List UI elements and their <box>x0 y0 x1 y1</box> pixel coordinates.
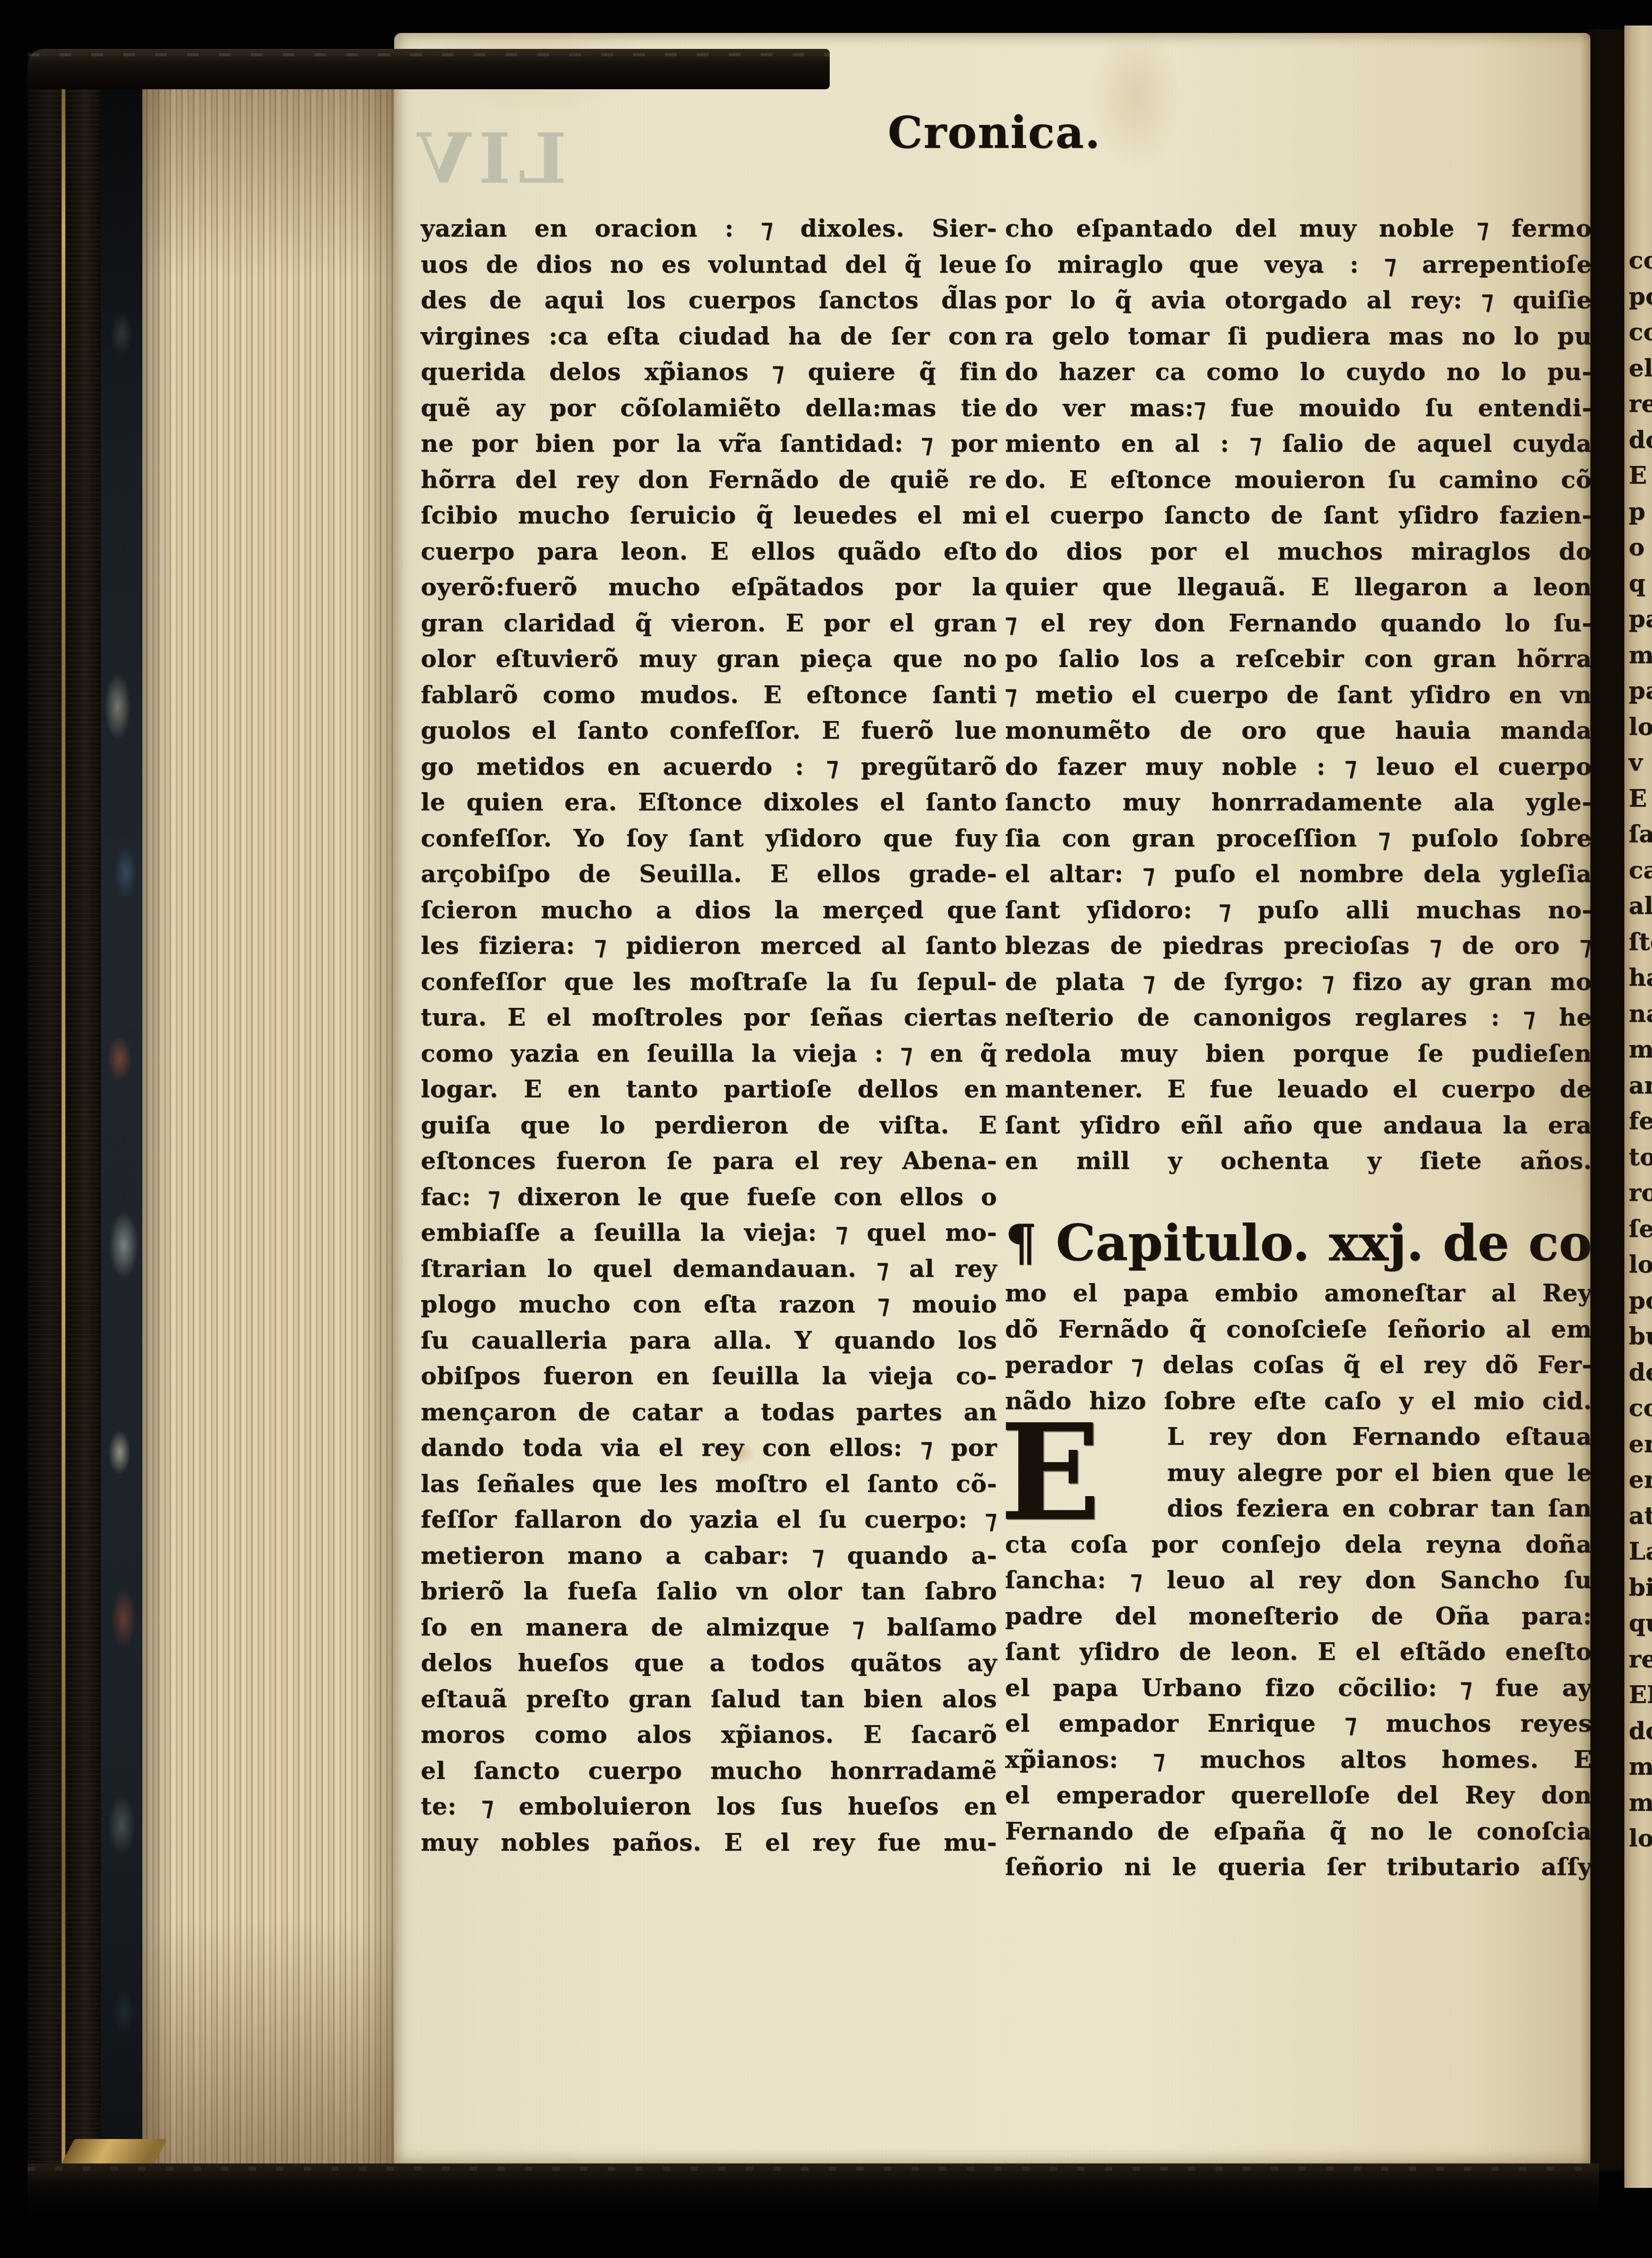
text-line: fe <box>1629 1103 1652 1139</box>
next-page-text-fragments: copocoelredoEpoqpampalovEſacaalſtehanama… <box>1629 242 1652 1856</box>
text-line: co <box>1629 1390 1652 1426</box>
text-line: ſcieron mucho a dios la merçed que <box>421 892 997 928</box>
text-line: ſo miraglo que veya : ⁊ arrepentioſe <box>1005 247 1592 283</box>
text-line: mi <box>1629 1785 1652 1821</box>
text-line: co <box>1629 242 1652 278</box>
text-line: delos hueſos que a todos quãtos ay <box>421 1645 997 1681</box>
text-line: do dios por el muchos miraglos do <box>1005 533 1592 570</box>
text-line: ha <box>1629 960 1652 996</box>
showthrough-mark: LIV <box>410 118 567 199</box>
text-line: dando toda via el rey con ellos: ⁊ por <box>421 1430 997 1466</box>
text-line: plogo mucho con eſta razon ⁊ mouio <box>421 1286 997 1322</box>
text-line: ⁊ el rey don Fernando quando lo ſu- <box>1005 605 1592 641</box>
text-line: cho eſpantado del muy noble ⁊ fermo <box>1005 210 1592 247</box>
text-line: ne por bien por la vr̃a ſantidad: ⁊ por <box>421 426 997 462</box>
text-line: re <box>1629 386 1652 422</box>
text-line: ſeñorio ni le queria ſer tributario aſſy <box>1005 1849 1592 1885</box>
text-line: des de aqui los cuerpos ſanctos d̃las <box>421 282 997 318</box>
text-line: obiſpos fueron en ſeuilla la vieja co- <box>421 1358 997 1394</box>
text-line: de <box>1629 1354 1652 1390</box>
text-line: en <box>1629 1462 1652 1498</box>
text-line: dios feziera en cobrar tan ſan <box>1005 1490 1592 1526</box>
chapter-paragraph: L rey don Fernando eſtauamuy alegre por … <box>1005 1419 1592 1885</box>
text-line: el emperador querelloſe del Rey don <box>1005 1777 1592 1813</box>
text-line: confeſſor que les moſtraſe la ſu ſepul- <box>421 964 997 1000</box>
text-line: el empador Enrique ⁊ muchos reyes <box>1005 1705 1592 1742</box>
text-line: embiaſſe a ſeuilla la vieja: ⁊ quel mo- <box>421 1215 997 1251</box>
text-line: miento en al : ⁊ ſalio de aquel cuyda <box>1005 426 1592 462</box>
text-line: La <box>1629 1533 1652 1569</box>
text-line: dõ Fernãdo q̃ conoſcieſe ſeñorio al em <box>1005 1311 1592 1347</box>
text-line: L rey don Fernando eſtaua <box>1005 1419 1592 1455</box>
text-line: las ſeñales que les moſtro el ſanto cõ- <box>421 1466 997 1502</box>
text-line: el altar: ⁊ puſo el nombre dela ygleſia <box>1005 856 1592 892</box>
text-line: virgines :ca eſta ciudad ha de ſer con <box>421 318 997 354</box>
text-line: ra gelo tomar ſi pudiera mas no lo pu <box>1005 318 1592 354</box>
gutter-shadow <box>1580 29 1626 2170</box>
text-line: ſo en manera de almizque ⁊ balſamo <box>421 1609 997 1645</box>
next-page-sliver: copocoelredoEpoqpampalovEſacaalſtehanama… <box>1624 26 1652 2188</box>
chapter-heading: ¶ Capitulo. xxj. de co <box>1005 1213 1592 1277</box>
text-line: q <box>1629 565 1652 601</box>
book-page: LIV Cronica. yazian en oracion : ⁊ dixol… <box>394 33 1590 2166</box>
page-edge-stack <box>142 69 396 2169</box>
text-line: logar. E en tanto partioſe dellos en <box>421 1071 997 1107</box>
text-line: de plata ⁊ de ſyrgo: ⁊ fizo ay gran mo <box>1005 964 1592 1000</box>
text-line: querida delos xp̃ianos ⁊ quiere q̃ fin <box>421 354 997 390</box>
text-line: ſtrarian lo quel demandauan. ⁊ al rey <box>421 1251 997 1287</box>
text-line: po <box>1629 278 1652 315</box>
text-line: el cuerpo ſancto de ſant yſidro fazien- <box>1005 497 1592 533</box>
text-line: el ſancto cuerpo mucho honrradamẽ <box>421 1753 997 1789</box>
text-line: do <box>1629 422 1652 458</box>
text-line: ſant yſidoro: ⁊ puſo alli muchas no- <box>1005 892 1592 928</box>
text-line: blezas de piedras precioſas ⁊ de oro ⁊ <box>1005 928 1592 964</box>
text-line: los <box>1629 1820 1652 1856</box>
text-line: en <box>1629 1426 1652 1462</box>
text-line: ſcibio mucho ſeruicio q̃ leuedes el mi <box>421 497 997 533</box>
text-line: at <box>1629 1498 1652 1534</box>
text-line: eſtauã preſto gran ſalud tan bien alos <box>421 1681 997 1717</box>
text-line: po <box>1629 1283 1652 1319</box>
text-line: ſant yſidro de leon. E el eſtãdo eneſto <box>1005 1634 1592 1670</box>
text-line: po ſalio los a reſcebir con gran hõrra <box>1005 641 1592 677</box>
text-line: co <box>1629 314 1652 350</box>
text-line: mo el papa embio amoneſtar al Rey <box>1005 1275 1592 1311</box>
cover-top-edge <box>28 49 830 89</box>
text-line: el <box>1629 350 1652 386</box>
text-line: ſia con gran proceſſion ⁊ puſolo ſobre <box>1005 820 1592 856</box>
text-line: na <box>1629 996 1652 1032</box>
text-line: mantener. E fue leuado el cuerpo de <box>1005 1071 1592 1107</box>
text-column-right: cho eſpantado del muy noble ⁊ fermoſo mi… <box>1005 210 1592 1179</box>
text-line: do. E eſtonce mouieron ſu camino cõ <box>1005 462 1592 498</box>
text-line: te: ⁊ emboluieron los ſus hueſos en <box>421 1788 997 1824</box>
text-line: por lo q̃ avia otorgado al rey: ⁊ quiſie <box>1005 282 1592 318</box>
gold-corner-trim <box>62 2139 167 2163</box>
text-line: lo <box>1629 1246 1652 1283</box>
text-line: xp̃ianos: ⁊ muchos altos homes. E <box>1005 1742 1592 1778</box>
text-line: metieron mano a cabar: ⁊ quando a- <box>421 1538 997 1574</box>
text-line: ſant yſidro eñl año que andaua la era <box>1005 1107 1592 1143</box>
text-line: E <box>1629 457 1652 494</box>
text-line: hõrra del rey don Fernãdo de quiẽ re <box>421 462 997 498</box>
text-line: mo <box>1629 1748 1652 1785</box>
text-line: do fazer muy noble : ⁊ leuo el cuerpo <box>1005 749 1592 785</box>
text-line: olor eſtuvierõ muy gran pieça que no <box>421 641 997 677</box>
text-line: mençaron de catar a todas partes an <box>421 1394 997 1430</box>
text-line: lo <box>1629 709 1652 745</box>
gold-fillet-line <box>62 58 65 2194</box>
text-line: pa <box>1629 673 1652 709</box>
text-line: quẽ ay por cõſolamiẽto della:mas tie <box>421 390 997 426</box>
text-line: gran claridad q̃ vieron. E por el gran <box>421 605 997 641</box>
text-line: padre del moneſterio de Oña para: <box>1005 1598 1592 1634</box>
text-line: monumẽto de oro que hauia manda <box>1005 712 1592 749</box>
text-line: tura. E el moſtroles por ſeñas ciertas <box>421 999 997 1035</box>
text-line: qu <box>1629 1605 1652 1641</box>
text-line: EM <box>1629 1677 1652 1713</box>
text-line: ſej <box>1629 1211 1652 1247</box>
text-line: al <box>1629 888 1652 924</box>
text-line: ⁊ metio el cuerpo de ſant yſidro en vn <box>1005 677 1592 713</box>
text-line: ſancto muy honrradamente ala ygle- <box>1005 784 1592 820</box>
text-line: cuerpo para leon. E ellos quãdo eſto <box>421 533 997 570</box>
text-column-left: yazian en oracion : ⁊ dixoles. Sier-uos … <box>421 210 997 1860</box>
text-line: do hazer ca como lo cuydo no lo pu- <box>1005 354 1592 390</box>
text-line: cta coſa por conſejo dela reyna doña <box>1005 1526 1592 1563</box>
text-line: bie <box>1629 1569 1652 1606</box>
text-line: do ver mas:⁊ fue mouido ſu entendi- <box>1005 390 1592 426</box>
text-line: v <box>1629 744 1652 780</box>
text-line: eſtonces fueron ſe para el rey Abena- <box>421 1143 997 1179</box>
text-line: an <box>1629 1067 1652 1103</box>
text-line: les fiziera: ⁊ pidieron merced al ſanto <box>421 928 997 964</box>
text-line: o <box>1629 529 1652 565</box>
text-line: m <box>1629 1031 1652 1067</box>
text-line: el papa Urbano fizo cõcilio: ⁊ fue ay <box>1005 1670 1592 1706</box>
text-line: to <box>1629 1139 1652 1175</box>
text-line: bu <box>1629 1318 1652 1354</box>
text-line: feſſor fallaron do yazia el ſu cuerpo: ⁊ <box>421 1501 997 1538</box>
text-line: quier que llegauã. E llegaron a leon <box>1005 569 1592 605</box>
text-line: E <box>1629 780 1652 817</box>
text-line: neſterio de canonigos reglares : ⁊ he <box>1005 999 1592 1035</box>
text-line: le quien era. Eſtonce dixoles el ſanto <box>421 784 997 820</box>
text-line: moros como alos xp̃ianos. E ſacarõ <box>421 1717 997 1753</box>
text-line: rel <box>1629 1641 1652 1677</box>
text-line: redola muy bien porque ſe pudieſen <box>1005 1035 1592 1072</box>
leather-sheen <box>28 53 830 56</box>
text-line: guolos el ſanto confeſſor. E fuerõ lue <box>421 712 997 749</box>
text-line: perador ⁊ delas coſas q̃ el rey dõ Fer- <box>1005 1347 1592 1383</box>
text-line: brierõ la fueſa ſalio vn olor tan ſabro <box>421 1573 997 1609</box>
text-line: muy alegre por el bien que le <box>1005 1455 1592 1491</box>
text-line: ſte <box>1629 924 1652 960</box>
text-line: muy nobles paños. E el rey fue mu- <box>421 1824 997 1861</box>
text-line: m <box>1629 637 1652 673</box>
running-title: Cronica. <box>840 107 1148 158</box>
text-line: ca <box>1629 852 1652 888</box>
text-line: dos <box>1629 1713 1652 1749</box>
cover-bottom-edge <box>28 2163 1599 2213</box>
marbled-endpaper <box>101 85 142 2157</box>
text-line: como yazia en ſeuilla la vieja : ⁊ en q̃ <box>421 1035 997 1072</box>
text-line: guiſa que lo perdieron de viſta. E <box>421 1107 997 1143</box>
text-line: ſu caualleria para alla. Y quando los <box>421 1322 997 1359</box>
text-line: go metidos en acuerdo : ⁊ pregũtarõ <box>421 749 997 785</box>
text-line: ſa <box>1629 816 1652 852</box>
text-line: p <box>1629 494 1652 530</box>
text-line: en mill y ochenta y ſiete años. <box>1005 1143 1592 1179</box>
text-line: oyerõ:fuerõ mucho eſpãtados por la <box>421 569 997 605</box>
book-photo: LIV Cronica. yazian en oracion : ⁊ dixol… <box>0 0 1652 2258</box>
text-line: yazian en oracion : ⁊ dixoles. Sier- <box>421 210 997 247</box>
text-line: confeſſor. Yo ſoy ſant yſidoro que fuy <box>421 820 997 856</box>
text-line: pa <box>1629 601 1652 637</box>
text-line: rog <box>1629 1175 1652 1211</box>
text-line: arçobiſpo de Seuilla. E ellos grade- <box>421 856 997 892</box>
text-line: Fernando de eſpaña q̃ no le conoſcia <box>1005 1813 1592 1849</box>
text-line: ſancha: ⁊ leuo al rey don Sancho ſu <box>1005 1562 1592 1598</box>
text-line: uos de dios no es voluntad del q̃ leue <box>421 247 997 283</box>
text-line: fablarõ como mudos. E eſtonce ſanti <box>421 677 997 713</box>
leather-sheen <box>28 2167 1599 2171</box>
text-line: fac: ⁊ dixeron le que fueſe con ellos o <box>421 1179 997 1215</box>
